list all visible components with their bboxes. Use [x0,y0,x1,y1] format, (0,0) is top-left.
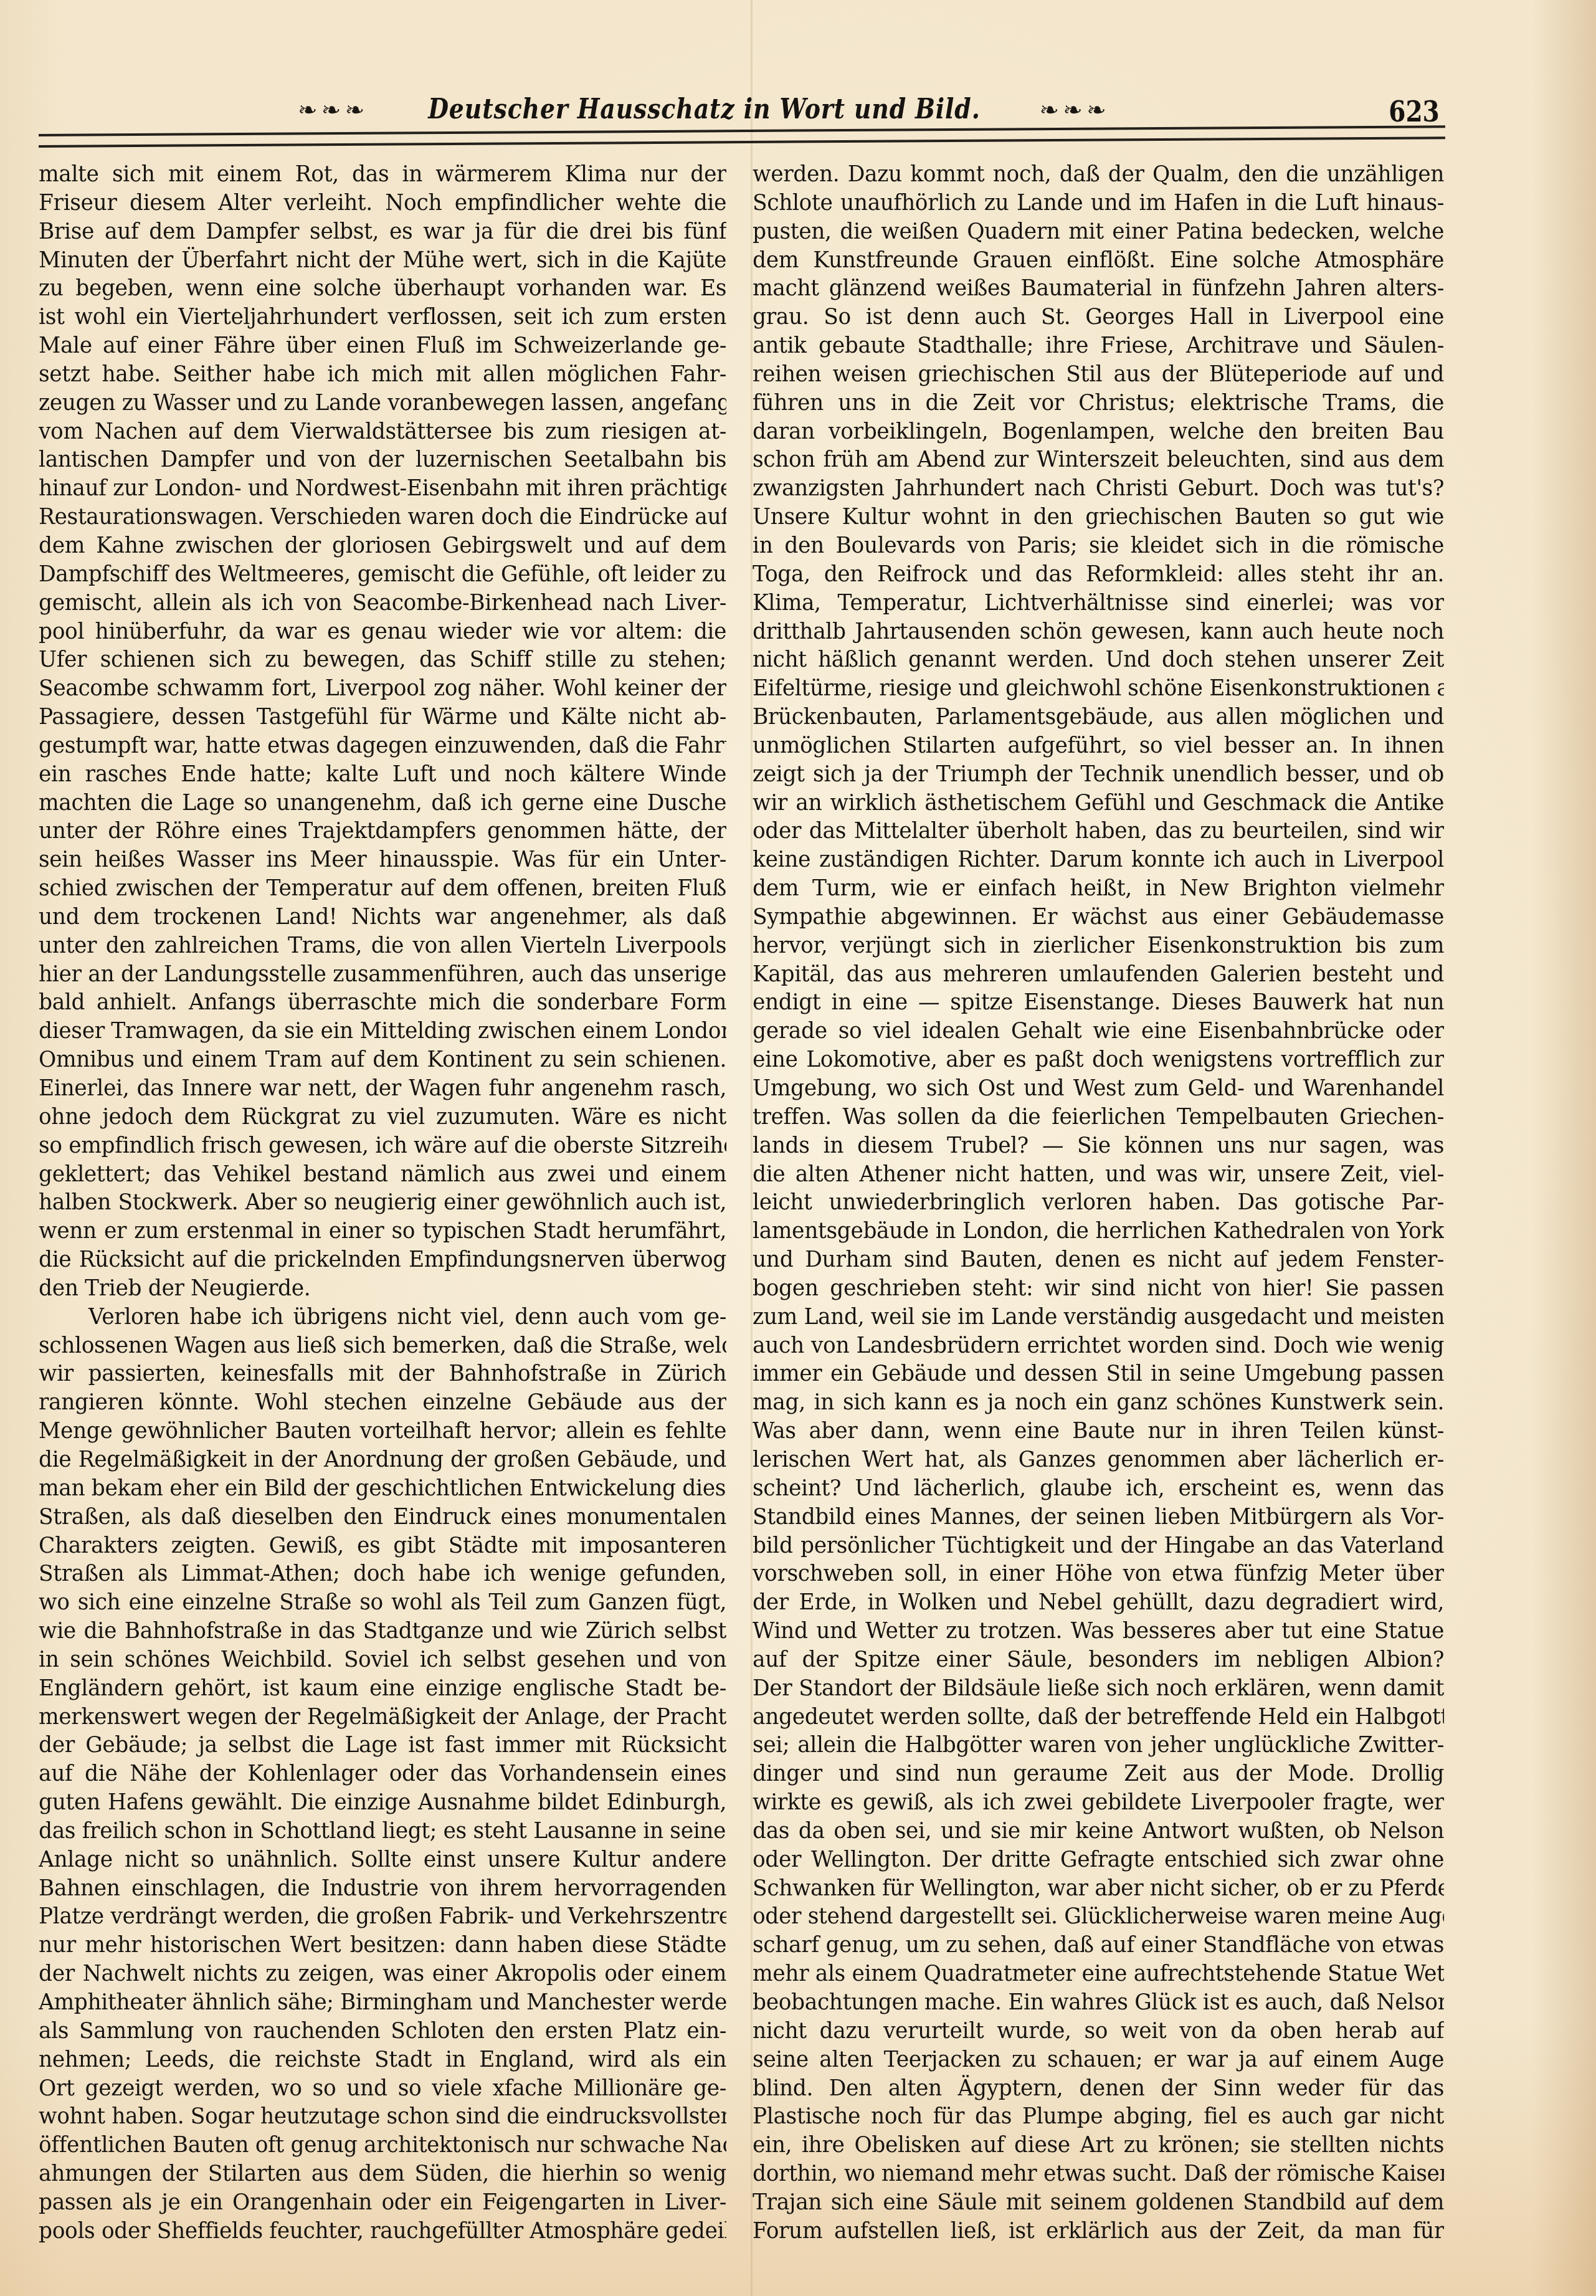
text-line: blind. Den alten Ägyptern, denen der Sin… [753,2075,1444,2103]
text-line: Umgebung, wo sich Ost und West zum Geld-… [753,1075,1444,1103]
text-line: Platze verdrängt werden, die großen Fabr… [39,1903,726,1932]
text-line: Der Standort der Bildsäule ließe sich no… [753,1675,1444,1703]
text-line: lamentsgebäude in London, die herrlichen… [753,1217,1444,1246]
text-line: Brückenbauten, Parlamentsgebäude, aus al… [753,703,1444,732]
text-line: den Trieb der Neugierde. [39,1275,726,1303]
text-line: wie die Bahnhofstraße in das Stadtganze … [39,1617,726,1646]
text-line: Einerlei, das Innere war nett, der Wagen… [39,1075,726,1103]
text-line: bald anhielt. Anfangs überraschte mich d… [39,989,726,1017]
text-line: schon früh am Abend zur Winterszeit bele… [753,446,1444,475]
text-line: Menge gewöhnlicher Bauten vorteilhaft he… [39,1417,726,1446]
text-line: beobachtungen mache. Ein wahres Glück is… [753,1989,1444,2017]
text-line: lands in diesem Trubel? — Sie können uns… [753,1132,1444,1161]
text-line: rangieren könnte. Wohl stechen einzelne … [39,1389,726,1417]
text-line: dieser Tramwagen, da sie ein Mittelding … [39,1017,726,1046]
text-line: man bekam eher ein Bild der geschichtlic… [39,1475,726,1503]
text-line: oder Wellington. Der dritte Gefragte ent… [753,1846,1444,1875]
text-line: Bahnen einschlagen, die Industrie von ih… [39,1875,726,1903]
page-number: 623 [1389,95,1440,128]
text-line: Ufer schienen sich zu bewegen, das Schif… [39,646,726,675]
text-line: ein rasches Ende hatte; kalte Luft und n… [39,761,726,789]
text-line: Plastische noch für das Plumpe abging, f… [753,2103,1444,2132]
text-line: scharf genug, um zu sehen, daß auf einer… [753,1932,1444,1960]
text-line: Omnibus und einem Tram auf dem Kontinent… [39,1046,726,1075]
text-line: wirkte es gewiß, als ich zwei gebildete … [753,1789,1444,1817]
text-line: endigt in eine — spitze Eisenstange. Die… [753,989,1444,1017]
text-line: Was aber dann, wenn eine Baute nur in ih… [753,1417,1444,1446]
text-line: das freilich schon in Schottland liegt; … [39,1817,726,1846]
text-line: Standbild eines Mannes, der seinen liebe… [753,1503,1444,1532]
text-line: dritthalb Jahrtausenden schön gewesen, k… [753,618,1444,647]
text-line: zum Land, weil sie im Lande verständig a… [753,1303,1444,1332]
text-line: Forum aufstellen ließ, ist erklärlich au… [753,2217,1444,2246]
text-line: wir an wirklich ästhetischem Gefühl und … [753,789,1444,818]
text-line: passen als je ein Orangenhain oder ein F… [39,2189,726,2217]
text-line: Passagiere, dessen Tastgefühl für Wärme … [39,703,726,732]
text-line: geklettert; das Vehikel bestand nämlich … [39,1161,726,1189]
text-line: unter den zahlreichen Trams, die von all… [39,932,726,961]
text-line: dinger und sind nun geraume Zeit aus der… [753,1760,1444,1789]
text-line: Klima, Temperatur, Lichtverhältnisse sin… [753,589,1444,618]
text-line: merkenswert wegen der Regelmäßigkeit der… [39,1703,726,1732]
text-line: werden. Dazu kommt noch, daß der Qualm, … [753,161,1444,189]
flourish-ornament-icon: ❧❧❧ [1040,97,1111,122]
text-line: Schlote unaufhörlich zu Lande und im Haf… [753,189,1444,218]
text-line: eine Lokomotive, aber es paßt doch wenig… [753,1046,1444,1075]
text-line: pusten, die weißen Quadern mit einer Pat… [753,218,1444,247]
running-head: ❧❧❧ Deutscher Hausschatz in Wort und Bil… [39,93,1369,125]
text-line: Restaurationswagen. Verschieden waren do… [39,503,726,532]
text-line: Trajan sich eine Säule mit seinem golden… [753,2189,1444,2217]
text-line: so empfindlich frisch gewesen, ich wäre … [39,1132,726,1161]
text-line: Kapitäl, das aus mehreren umlaufenden Ga… [753,961,1444,989]
text-line: Dampfschiff des Weltmeeres, gemischt die… [39,561,726,589]
text-line: Sympathie abgewinnen. Er wächst aus eine… [753,903,1444,932]
text-line: pool hinüberfuhr, da war es genau wieder… [39,618,726,647]
text-line: der Gebäude; ja selbst die Lage ist fast… [39,1732,726,1760]
text-line: Straßen als Limmat-Athen; doch habe ich … [39,1560,726,1589]
text-line: nicht dazu verurteilt wurde, so weit von… [753,2017,1444,2046]
text-line: Friseur diesem Alter verleiht. Noch empf… [39,189,726,218]
text-line: schied zwischen der Temperatur auf dem o… [39,875,726,903]
text-line: der Erde, in Wolken und Nebel gehüllt, d… [753,1589,1444,1617]
text-line: ist wohl ein Vierteljahrhundert verfloss… [39,303,726,332]
text-line: grau. So ist denn auch St. Georges Hall … [753,303,1444,332]
text-line: die Regelmäßigkeit in der Anordnung der … [39,1446,726,1475]
text-line: wenn er zum erstenmal in einer so typisc… [39,1217,726,1246]
text-line: gemischt, allein als ich von Seacombe-Bi… [39,589,726,618]
text-line: wir passierten, keinesfalls mit der Bahn… [39,1360,726,1389]
text-line: keine zuständigen Richter. Darum konnte … [753,846,1444,875]
text-line: Charakters zeigten. Gewiß, es gibt Städt… [39,1532,726,1561]
text-line: hervor, verjüngt sich in zierlicher Eise… [753,932,1444,961]
text-line: nur mehr historischen Wert besitzen: dan… [39,1932,726,1960]
text-line: oder das Mittelalter überholt haben, das… [753,817,1444,846]
text-line: auf die Nähe der Kohlenlager oder das Vo… [39,1760,726,1789]
text-line: schlossenen Wagen aus ließ sich bemerken… [39,1332,726,1361]
text-line: scheint? Und lächerlich, glaube ich, ers… [753,1475,1444,1503]
text-line: in den Boulevards von Paris; sie kleidet… [753,532,1444,561]
text-line: öffentlichen Bauten oft genug architekto… [39,2132,726,2160]
text-line: nicht häßlich genannt werden. Und doch s… [753,646,1444,675]
text-line: Schwanken für Wellington, war aber nicht… [753,1875,1444,1903]
text-line: pools oder Sheffields feuchter, rauchgef… [39,2217,726,2246]
text-column-left: malte sich mit einem Rot, das in wärmere… [39,161,726,2246]
header-rule-bottom [39,136,1445,148]
text-line: Eifeltürme, riesige und gleichwohl schön… [753,675,1444,703]
text-line: Male auf einer Fähre über einen Fluß im … [39,332,726,361]
text-line: angedeutet werden sollte, daß der betref… [753,1703,1444,1732]
text-line: treffen. Was sollen da die feierlichen T… [753,1103,1444,1132]
text-line: seine alten Teerjacken zu schauen; er wa… [753,2046,1444,2075]
text-line: gestumpft war, hatte etwas dagegen einzu… [39,732,726,761]
text-line: und dem trockenen Land! Nichts war angen… [39,903,726,932]
flourish-ornament-icon: ❧❧❧ [298,97,369,122]
text-line: lerischen Wert hat, als Ganzes genommen … [753,1446,1444,1475]
text-line: Anlage nicht so unähnlich. Sollte einst … [39,1846,726,1875]
text-line: Straßen, als daß dieselben den Eindruck … [39,1503,726,1532]
text-line: in sein schönes Weichbild. Soviel ich se… [39,1646,726,1675]
text-line: bild persönlicher Tüchtigkeit und der Hi… [753,1532,1444,1561]
text-line: zeigt sich ja der Triumph der Technik un… [753,761,1444,789]
text-line: zeugen zu Wasser und zu Lande voranbeweg… [39,389,726,418]
text-line: als Sammlung von rauchenden Schloten den… [39,2017,726,2046]
text-line: unter der Röhre eines Trajektdampfers ge… [39,817,726,846]
text-line: ohne jedoch dem Rückgrat zu viel zuzumut… [39,1103,726,1132]
text-line: setzt habe. Seither habe ich mich mit al… [39,361,726,389]
text-line: Toga, den Reifrock und das Reformkleid: … [753,561,1444,589]
text-line: gerade so viel idealen Gehalt wie eine E… [753,1017,1444,1046]
text-line: lantischen Dampfer und von der luzernisc… [39,446,726,475]
text-line: bogen geschrieben steht: wir sind nicht … [753,1275,1444,1303]
text-line: wohnt haben. Sogar heutzutage schon sind… [39,2103,726,2132]
text-line: halben Stockwerk. Aber so neugierig eine… [39,1189,726,1217]
text-line: dem Turm, wie er einfach heißt, in New B… [753,875,1444,903]
text-line: Unsere Kultur wohnt in den griechischen … [753,503,1444,532]
text-line: mag, in sich kann es ja noch ein ganz sc… [753,1389,1444,1417]
text-line: ahmungen der Stilarten aus dem Süden, di… [39,2160,726,2189]
text-line: immer ein Gebäude und dessen Stil in sei… [753,1360,1444,1389]
text-line: guten Hafens gewählt. Die einzige Ausnah… [39,1789,726,1817]
text-line: oder stehend dargestellt sei. Glückliche… [753,1903,1444,1932]
text-line: daran vorbeiklingeln, Bogenlampen, welch… [753,418,1444,447]
text-line: antik gebaute Stadthalle; ihre Friese, A… [753,332,1444,361]
text-line: macht glänzend weißes Baumaterial in fün… [753,275,1444,303]
text-line: wo sich eine einzelne Straße so wohl als… [39,1589,726,1617]
text-line: mehr als einem Quadratmeter eine aufrech… [753,1960,1444,1989]
text-line: machten die Lage so unangenehm, daß ich … [39,789,726,818]
text-line: leicht unwiederbringlich verloren haben.… [753,1189,1444,1217]
text-line: die Rücksicht auf die prickelnden Empfin… [39,1246,726,1275]
text-line: ein, ihre Obelisken auf diese Art zu krö… [753,2132,1444,2160]
text-line: das da oben sei, und sie mir keine Antwo… [753,1817,1444,1846]
text-line: dorthin, wo niemand mehr etwas sucht. Da… [753,2160,1444,2189]
text-line: vom Nachen auf dem Vierwaldstättersee bi… [39,418,726,447]
text-line: zu begeben, wenn eine solche überhaupt v… [39,275,726,303]
text-line: dem Kahne zwischen der gloriosen Gebirgs… [39,532,726,561]
text-line: Verloren habe ich übrigens nicht viel, d… [39,1303,726,1332]
text-line: auch von Landesbrüdern errichtet worden … [753,1332,1444,1361]
text-column-right: werden. Dazu kommt noch, daß der Qualm, … [753,161,1444,2246]
text-line: hinauf zur London- und Nordwest-Eisenbah… [39,475,726,503]
text-line: führen uns in die Zeit vor Christus; ele… [753,389,1444,418]
text-line: vorschweben soll, in einer Höhe von etwa… [753,1560,1444,1589]
text-line: sei; allein die Halbgötter waren von jeh… [753,1732,1444,1760]
text-line: hier an der Landungsstelle zusammenführe… [39,961,726,989]
text-line: Ort gezeigt werden, wo so und so viele x… [39,2075,726,2103]
text-line: Minuten der Überfahrt nicht der Mühe wer… [39,247,726,275]
text-line: dem Kunstfreunde Grauen einflößt. Eine s… [753,247,1444,275]
text-line: die alten Athener nicht hatten, und was … [753,1161,1444,1189]
text-line: Seacombe schwamm fort, Liverpool zog näh… [39,675,726,703]
text-line: malte sich mit einem Rot, das in wärmere… [39,161,726,189]
text-line: der Nachwelt nichts zu zeigen, was einer… [39,1960,726,1989]
text-line: Brise auf dem Dampfer selbst, es war ja … [39,218,726,247]
text-line: unmöglichen Stilarten aufgeführt, so vie… [753,732,1444,761]
text-line: Amphitheater ähnlich sähe; Birmingham un… [39,1989,726,2017]
text-line: reihen weisen griechischen Stil aus der … [753,361,1444,389]
text-line: Engländern gehört, ist kaum eine einzige… [39,1675,726,1703]
running-title: Deutscher Hausschatz in Wort und Bild. [428,93,981,125]
text-line: und Durham sind Bauten, denen es nicht a… [753,1246,1444,1275]
text-line: sein heißes Wasser ins Meer hinausspie. … [39,846,726,875]
text-line: zwanzigsten Jahrhundert nach Christi Geb… [753,475,1444,503]
text-line: auf der Spitze einer Säule, besonders im… [753,1646,1444,1675]
text-line: nehmen; Leeds, die reichste Stadt in Eng… [39,2046,726,2075]
text-line: Wind und Wetter zu trotzen. Was besseres… [753,1617,1444,1646]
